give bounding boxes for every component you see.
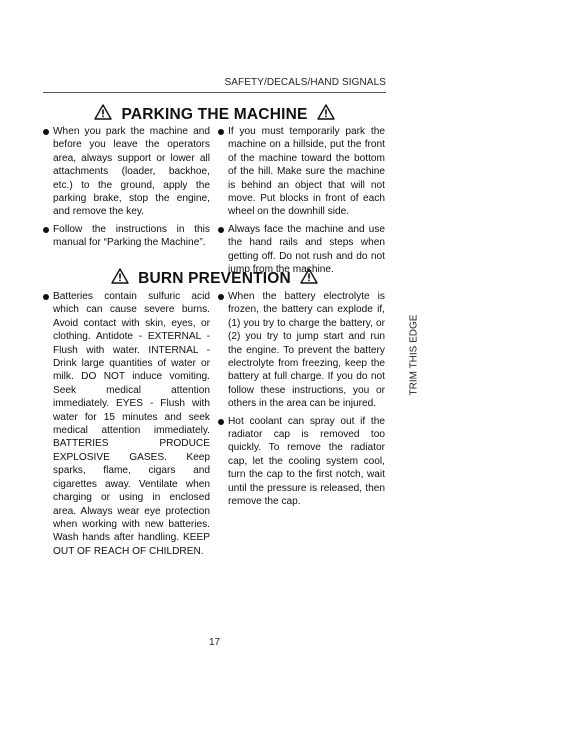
parking-left-column: When you park the machine and before you… xyxy=(43,125,210,254)
list-item: Hot coolant can spray out if the radiato… xyxy=(218,415,385,509)
header-divider xyxy=(43,92,386,93)
list-item: Follow the instructions in this manual f… xyxy=(43,223,210,250)
section-heading: PARKING THE MACHINE xyxy=(121,106,307,123)
burn-left-column: Batteries contain sulfuric acid which ca… xyxy=(43,290,210,562)
bullet-dot-icon xyxy=(43,227,49,233)
section-title-burn: BURN PREVENTION xyxy=(43,268,386,288)
warning-triangle-icon xyxy=(111,268,129,284)
bullet-dot-icon xyxy=(218,419,224,425)
bullet-dot-icon xyxy=(43,294,49,300)
parking-right-column: If you must temporarily park the machine… xyxy=(218,125,385,280)
trim-edge-text: TRIM THIS EDGE xyxy=(409,315,420,396)
bullet-dot-icon xyxy=(218,294,224,300)
burn-right-column: When the battery electrolyte is frozen, … xyxy=(218,290,385,513)
item-text: Follow the instructions in this manual f… xyxy=(53,223,210,250)
section-heading: BURN PREVENTION xyxy=(138,270,291,287)
section-title-parking: PARKING THE MACHINE xyxy=(43,104,386,124)
item-text: When you park the machine and before you… xyxy=(53,125,210,219)
warning-triangle-icon xyxy=(317,104,335,120)
bullet-dot-icon xyxy=(218,129,224,135)
list-item: Batteries contain sulfuric acid which ca… xyxy=(43,290,210,558)
page-number: 17 xyxy=(43,637,386,648)
trim-edge-label: TRIM THIS EDGE xyxy=(408,305,420,405)
item-text: Hot coolant can spray out if the radiato… xyxy=(228,415,385,509)
item-text: When the battery electrolyte is frozen, … xyxy=(228,290,385,411)
bullet-dot-icon xyxy=(43,129,49,135)
warning-triangle-icon xyxy=(94,104,112,120)
running-header: SAFETY/DECALS/HAND SIGNALS xyxy=(43,77,386,88)
item-text: Batteries contain sulfuric acid which ca… xyxy=(53,290,210,558)
list-item: When the battery electrolyte is frozen, … xyxy=(218,290,385,411)
list-item: When you park the machine and before you… xyxy=(43,125,210,219)
item-text: If you must temporarily park the machine… xyxy=(228,125,385,219)
bullet-dot-icon xyxy=(218,227,224,233)
list-item: If you must temporarily park the machine… xyxy=(218,125,385,219)
warning-triangle-icon xyxy=(300,268,318,284)
